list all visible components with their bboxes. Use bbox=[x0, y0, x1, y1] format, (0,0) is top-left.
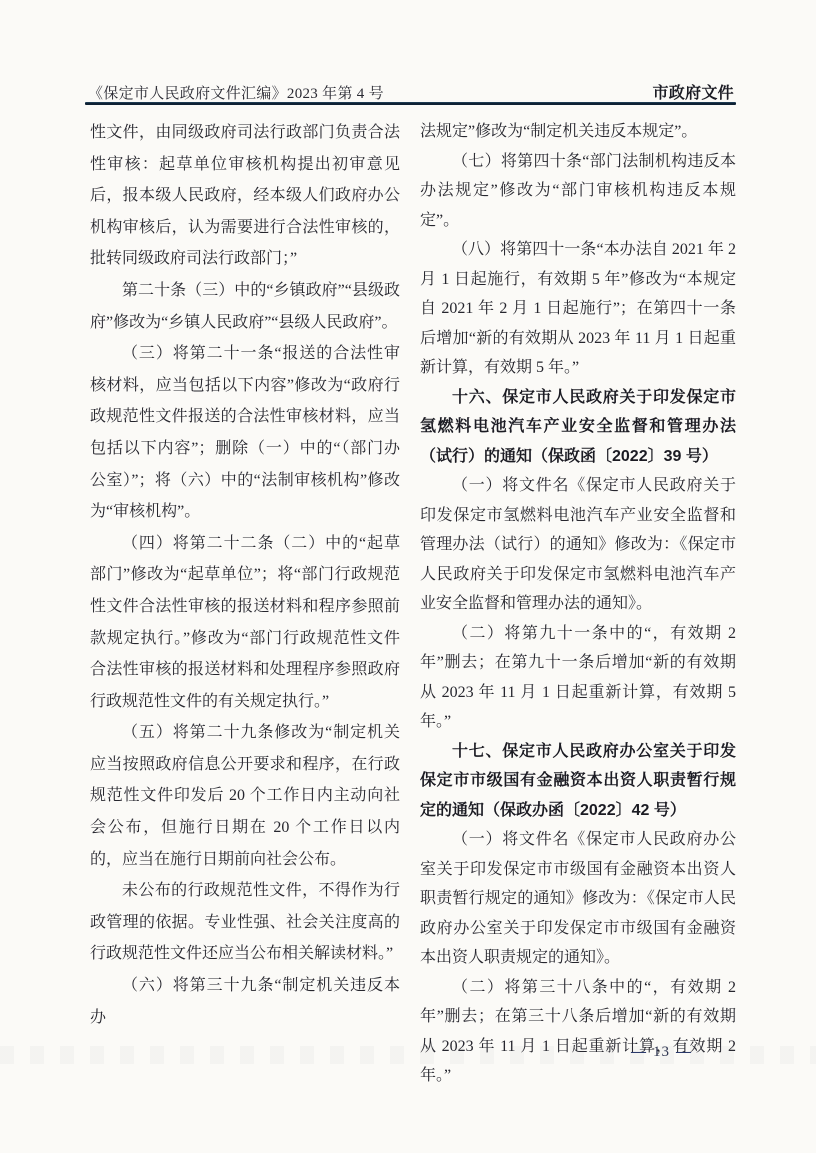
paragraph: （五）将第二十九条修改为“制定机关应当按照政府信息公开要求和程序，在行政规范性文… bbox=[90, 717, 400, 875]
column-left: 性文件，由同级政府司法行政部门负责合法性审核：起草单位审核机构提出初审意见后，报… bbox=[90, 117, 400, 1091]
header-category-label: 市政府文件 bbox=[652, 80, 734, 103]
page-header: 《保定市人民政府文件汇编》2023 年第 4 号 市政府文件 bbox=[88, 80, 734, 103]
paragraph: （一）将文件名《保定市人民政府办公室关于印发保定市市级国有金融资本出资人职责暂行… bbox=[420, 825, 736, 973]
paragraph: 未公布的行政规范性文件，不得作为行政管理的依据。专业性强、社会关注度高的行政规范… bbox=[90, 875, 400, 970]
paragraph: （七）将第四十条“部门法制机构违反本办法规定”修改为“部门审核机构违反本规定”。 bbox=[420, 147, 736, 236]
column-right: 法规定”修改为“制定机关违反本规定”。（七）将第四十条“部门法制机构违反本办法规… bbox=[420, 117, 736, 1091]
paragraph: （二）将第三十八条中的“，有效期 2 年”删去；在第三十八条后增加“新的有效期从… bbox=[420, 973, 736, 1091]
page-number-right-dash: — bbox=[670, 1044, 698, 1060]
section-heading: 十七、保定市人民政府办公室关于印发保定市市级国有金融资本出资人职责暂行规定的通知… bbox=[420, 737, 736, 826]
paragraph: （六）将第三十九条“制定机关违反本办 bbox=[90, 970, 400, 1033]
paragraph: （四）将第二十二条（二）中的“起草部门”修改为“起草单位”；将“部门行政规范性文… bbox=[90, 528, 400, 718]
page-number-value: 13 bbox=[653, 1044, 670, 1060]
page-number-left-dash: — bbox=[625, 1044, 653, 1060]
paragraph: 法规定”修改为“制定机关违反本规定”。 bbox=[420, 117, 736, 147]
two-column-body: 性文件，由同级政府司法行政部门负责合法性审核：起草单位审核机构提出初审意见后，报… bbox=[90, 117, 736, 1091]
paragraph: （二）将第九十一条中的“，有效期 2 年”删去；在第九十一条后增加“新的有效期从… bbox=[420, 619, 736, 737]
paragraph: 性文件，由同级政府司法行政部门负责合法性审核：起草单位审核机构提出初审意见后，报… bbox=[90, 117, 400, 275]
paragraph: （八）将第四十一条“本办法自 2021 年 2 月 1 日起施行，有效期 5 年… bbox=[420, 235, 736, 383]
header-divider-rule bbox=[85, 102, 736, 105]
header-compilation-title: 《保定市人民政府文件汇编》2023 年第 4 号 bbox=[88, 82, 384, 103]
paragraph: 第二十条（三）中的“乡镇政府”“县级政府”修改为“乡镇人民政府”“县级人民政府”… bbox=[90, 275, 400, 338]
section-heading: 十六、保定市人民政府关于印发保定市氢燃料电池汽车产业安全监督和管理办法（试行）的… bbox=[420, 383, 736, 472]
page-number: —13— bbox=[625, 1044, 698, 1061]
paragraph: （一）将文件名《保定市人民政府关于印发保定市氢燃料电池汽车产业安全监督和管理办法… bbox=[420, 471, 736, 619]
document-page: 《保定市人民政府文件汇编》2023 年第 4 号 市政府文件 性文件，由同级政府… bbox=[0, 0, 816, 1153]
paragraph: （三）将第二十一条“报送的合法性审核材料，应当包括以下内容”修改为“政府行政规范… bbox=[90, 338, 400, 528]
